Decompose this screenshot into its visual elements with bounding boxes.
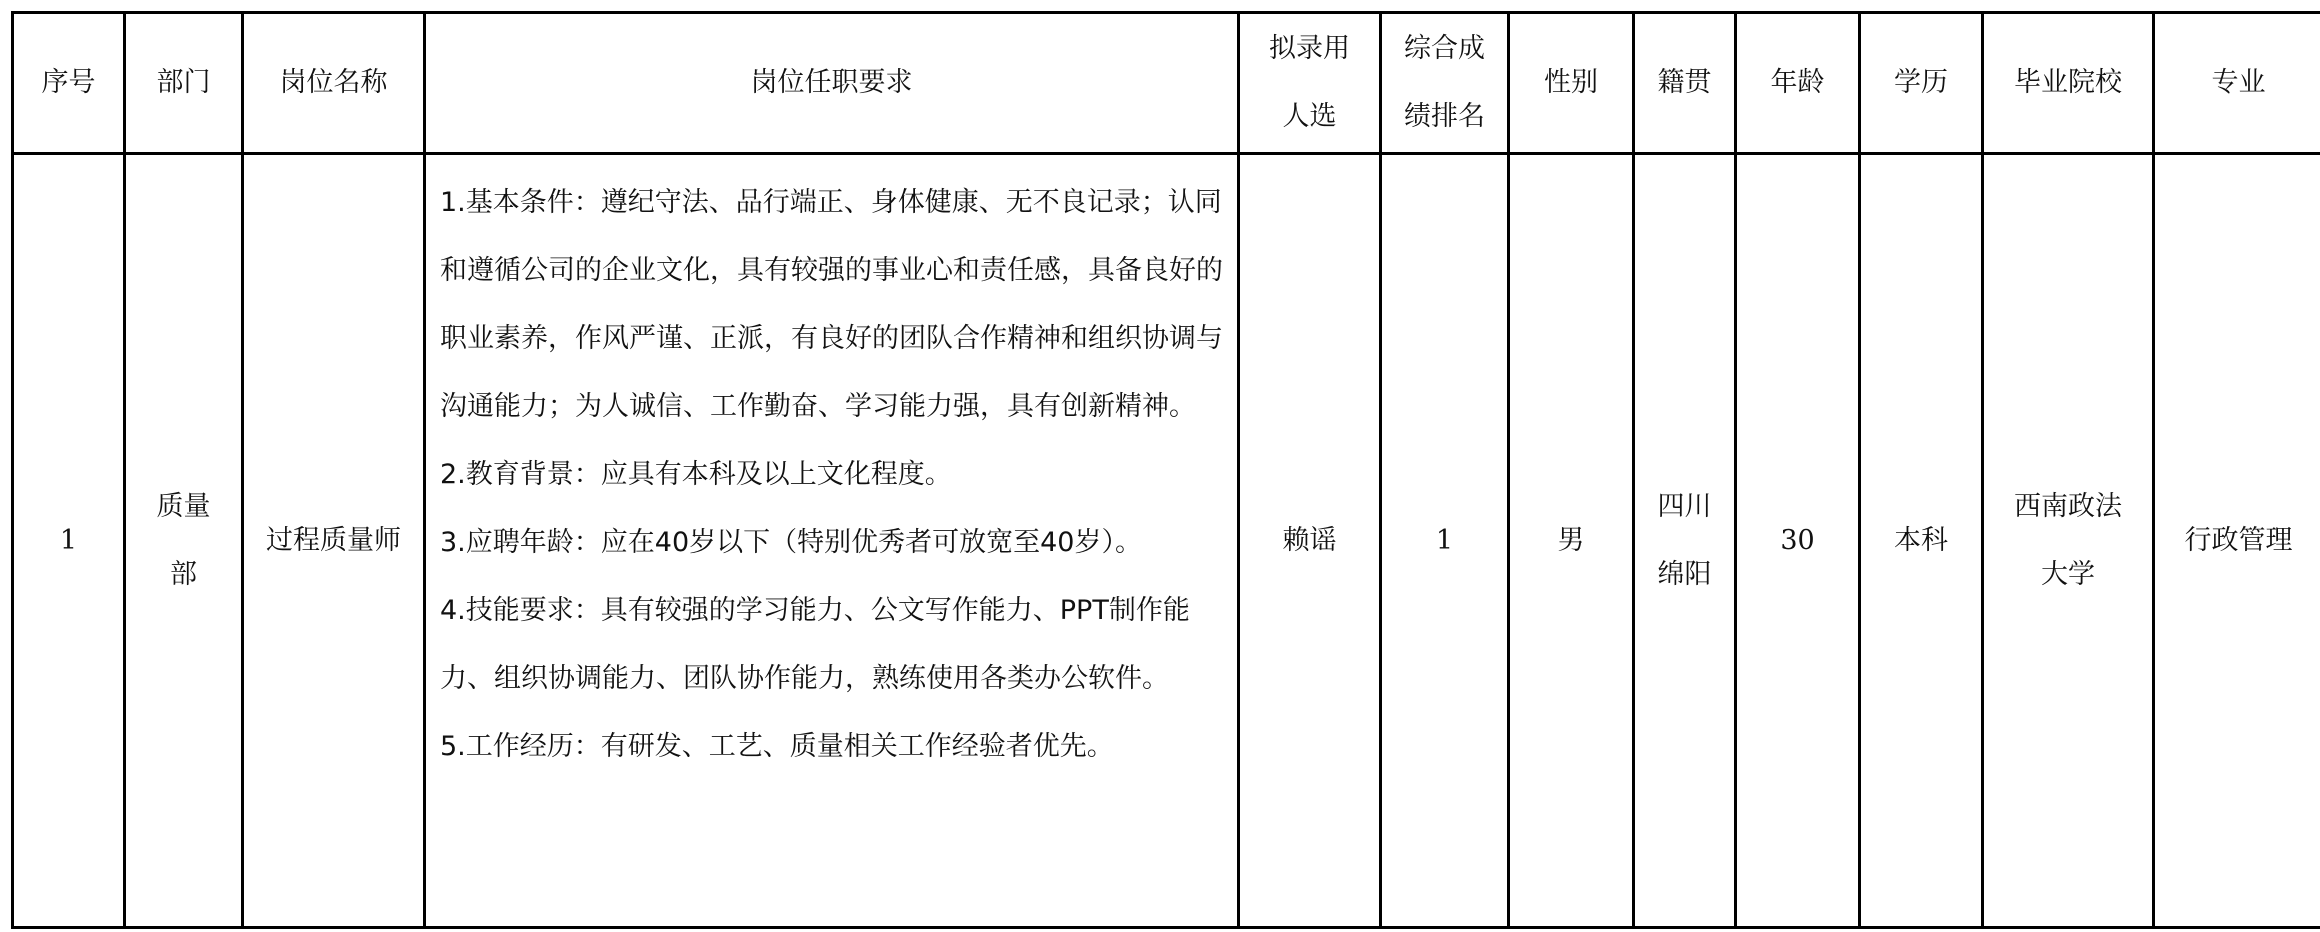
cell-school-line1: 西南政法	[1984, 473, 2152, 541]
requirement-education: 2.教育背景：应具有本科及以上文化程度。	[440, 441, 1229, 509]
header-gender: 性别	[1509, 13, 1634, 154]
header-major: 专业	[2154, 13, 2320, 154]
requirement-skills: 4.技能要求：具有较强的学习能力、公文写作能力、PPT制作能力、组织协调能力、团…	[440, 577, 1229, 713]
header-rank-line1: 综合成	[1382, 15, 1507, 83]
requirement-basic: 1.基本条件：遵纪守法、品行端正、身体健康、无不良记录；认同和遵循公司的企业文化…	[440, 169, 1229, 441]
header-row: 序号 部门 岗位名称 岗位任职要求 拟录用 人选 综合成 绩排名 性别 籍贯 年…	[13, 13, 2320, 154]
cell-department-line2: 部	[126, 541, 241, 609]
cell-department: 质量 部	[125, 154, 243, 928]
cell-hometown-line2: 绵阳	[1635, 541, 1734, 609]
requirement-age: 3.应聘年龄：应在40岁以下（特别优秀者可放宽至40岁）。	[440, 509, 1229, 577]
cell-education: 本科	[1860, 154, 1983, 928]
cell-age: 30	[1736, 154, 1860, 928]
header-rank-line2: 绩排名	[1382, 83, 1507, 151]
header-index: 序号	[13, 13, 125, 154]
recruitment-table: 序号 部门 岗位名称 岗位任职要求 拟录用 人选 综合成 绩排名 性别 籍贯 年…	[11, 11, 2320, 929]
header-education: 学历	[1860, 13, 1983, 154]
header-hometown: 籍贯	[1634, 13, 1736, 154]
cell-requirements: 1.基本条件：遵纪守法、品行端正、身体健康、无不良记录；认同和遵循公司的企业文化…	[425, 154, 1239, 928]
table-row: 1 质量 部 过程质量师 1.基本条件：遵纪守法、品行端正、身体健康、无不良记录…	[13, 154, 2320, 928]
cell-department-line1: 质量	[126, 473, 241, 541]
header-position: 岗位名称	[243, 13, 425, 154]
header-candidate-line1: 拟录用	[1240, 15, 1379, 83]
header-candidate-line2: 人选	[1240, 83, 1379, 151]
header-rank: 综合成 绩排名	[1381, 13, 1509, 154]
header-age: 年龄	[1736, 13, 1860, 154]
header-candidate: 拟录用 人选	[1239, 13, 1381, 154]
cell-school-line2: 大学	[1984, 541, 2152, 609]
cell-rank: 1	[1381, 154, 1509, 928]
cell-hometown-line1: 四川	[1635, 473, 1734, 541]
cell-hometown: 四川 绵阳	[1634, 154, 1736, 928]
cell-candidate: 赖谣	[1239, 154, 1381, 928]
header-department: 部门	[125, 13, 243, 154]
cell-position: 过程质量师	[243, 154, 425, 928]
header-requirements: 岗位任职要求	[425, 13, 1239, 154]
requirement-experience: 5.工作经历：有研发、工艺、质量相关工作经验者优先。	[440, 713, 1229, 781]
cell-school: 西南政法 大学	[1983, 154, 2154, 928]
cell-major: 行政管理	[2154, 154, 2320, 928]
cell-index: 1	[13, 154, 125, 928]
header-school: 毕业院校	[1983, 13, 2154, 154]
cell-gender: 男	[1509, 154, 1634, 928]
